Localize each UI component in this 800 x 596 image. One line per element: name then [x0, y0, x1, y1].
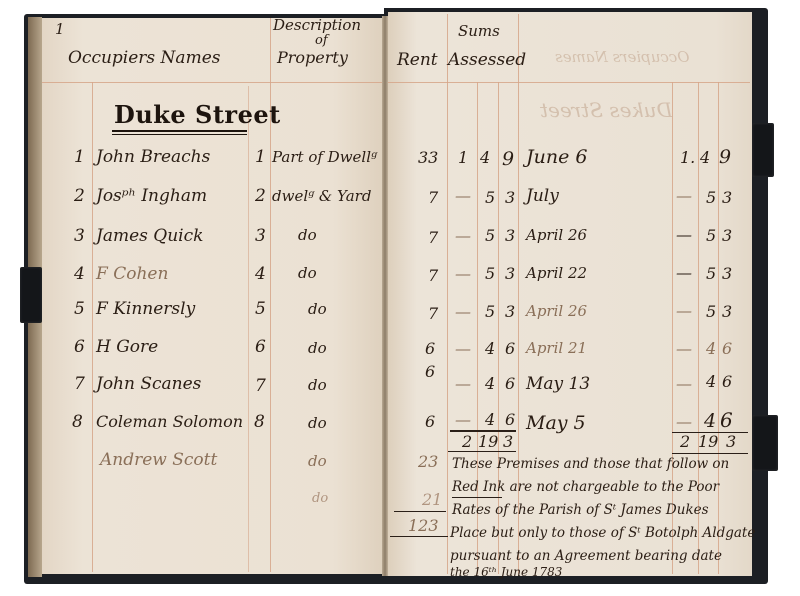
payment-date: April 21 [526, 341, 587, 356]
rent-sum-rule [390, 536, 448, 537]
header-assessed: Assessed [448, 52, 526, 69]
header-rent: Rent [397, 52, 438, 69]
clasp-right-top [752, 123, 774, 177]
occupier-name: F Cohen [96, 266, 168, 283]
rent-value: 7 [428, 306, 438, 322]
property-description: do [308, 416, 327, 431]
rent-value: 6 [425, 341, 435, 357]
payment-date: April 26 [526, 228, 587, 243]
column-rule [698, 82, 699, 574]
column-rule [447, 14, 448, 574]
property-description: do [308, 341, 327, 356]
rent-value: 33 [418, 150, 438, 166]
rent-value: 6 [425, 364, 435, 380]
note-line: the 16ᵗʰ June 1783 [450, 566, 562, 578]
rent-sum-rule [394, 511, 446, 512]
sum-rule [448, 451, 516, 452]
payment-date: May 5 [526, 414, 586, 433]
street-heading-underline [112, 134, 247, 135]
header-rule-left [42, 82, 382, 83]
note-line: Red Ink are not chargeable to the Poor [452, 481, 719, 495]
rent-value: 6 [425, 414, 435, 430]
street-heading-underline [112, 130, 247, 132]
property-description: do [308, 378, 327, 393]
occupier-name: Andrew Scott [100, 452, 217, 469]
rent-value-extra: 23 [418, 454, 438, 470]
column-rule [477, 82, 478, 574]
occupier-name: Josᵖʰ Ingham [96, 188, 207, 205]
rent-total: 123 [408, 518, 439, 534]
occupier-name: F Kinnersly [96, 301, 195, 318]
property-description: do [308, 454, 327, 469]
payment-date: June 6 [526, 148, 587, 167]
clasp-right-bottom [752, 415, 778, 471]
property-description: dwelᵍ & Yard [272, 189, 371, 204]
occupier-name: John Scanes [96, 376, 201, 393]
show-through-text: Dukes Street [540, 100, 673, 120]
header-occupiers-names: Occupiers Names [68, 50, 220, 67]
header-rule-right [388, 82, 750, 83]
property-description: do [308, 302, 327, 317]
street-heading: Duke Street [114, 100, 281, 129]
rent-value: 7 [428, 190, 438, 206]
show-through-text: Occupiers Names [555, 50, 690, 65]
red-ink-underline [452, 497, 502, 498]
clasp-left [20, 267, 42, 323]
note-line: These Premises and those that follow on [452, 458, 729, 472]
rent-value: 7 [428, 268, 438, 284]
occupier-name: John Breachs [96, 149, 210, 166]
occupier-name: Coleman Solomon [96, 414, 243, 430]
column-rule [92, 82, 93, 572]
property-description: do [298, 228, 317, 243]
header-sums: Sums [458, 24, 500, 39]
occupier-name: James Quick [96, 228, 203, 245]
column-rule [672, 82, 673, 574]
rent-value: 7 [428, 230, 438, 246]
payment-date: April 22 [526, 266, 587, 281]
note-line: pursuant to an Agreement bearing date [450, 550, 722, 564]
note-line: Place but only to those of Sᵗ Botolph Al… [450, 527, 755, 541]
occupier-name: H Gore [96, 339, 158, 356]
gutter [382, 16, 388, 576]
sum-rule [672, 453, 748, 454]
payment-date: April 26 [526, 304, 587, 319]
column-rule [498, 82, 499, 574]
property-description: do [298, 266, 317, 281]
property-description: do [312, 492, 328, 505]
header-description-1: Description [273, 18, 361, 33]
property-description: Part of Dwellᵍ [272, 150, 377, 165]
ledger-book: 1 Occupiers Names Description of Propert… [0, 0, 800, 596]
column-rule [248, 86, 249, 572]
payment-date: May 13 [526, 376, 590, 393]
header-description-2: of [315, 34, 328, 47]
header-description-3: Property [277, 50, 348, 66]
payment-date: July [526, 188, 559, 205]
note-line: Rates of the Parish of Sᵗ James Dukes [452, 504, 709, 518]
rent-value-extra: 21 [422, 492, 442, 508]
page-number: 1 [55, 22, 65, 37]
